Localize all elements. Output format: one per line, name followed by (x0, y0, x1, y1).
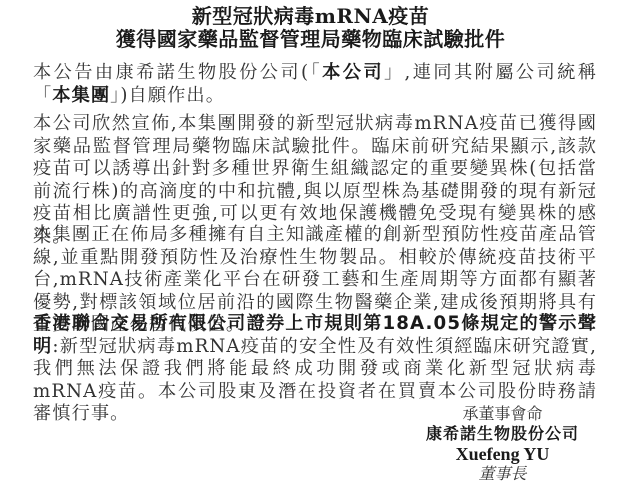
signature-role: 董事長 (400, 464, 605, 482)
announcement-title-line-2: 獲得國家藥品監督管理局藥物臨床試驗批件 (0, 27, 621, 51)
announcement-title-line-1: 新型冠狀病毒mRNA疫苗 (0, 4, 621, 28)
signature-name: Xuefeng YU (400, 444, 605, 464)
defined-term-company: 本公司 (322, 62, 384, 83)
paragraph-intro: 本公告由康希諾生物股份公司(「本公司」,連同其附屬公司統稱「本集團」)自願作出。 (33, 62, 597, 107)
defined-term-group: 本集團 (52, 85, 110, 106)
text-segment: 本公告由康希諾生物股份公司(「 (33, 62, 322, 83)
signature-company: 康希諾生物股份公司 (400, 424, 605, 444)
signature-by-order: 承董事會命 (400, 404, 605, 424)
text-segment: 」)自願作出。 (110, 85, 225, 106)
signature-block: 承董事會命 康希諾生物股份公司 Xuefeng YU 董事長 (400, 404, 605, 482)
